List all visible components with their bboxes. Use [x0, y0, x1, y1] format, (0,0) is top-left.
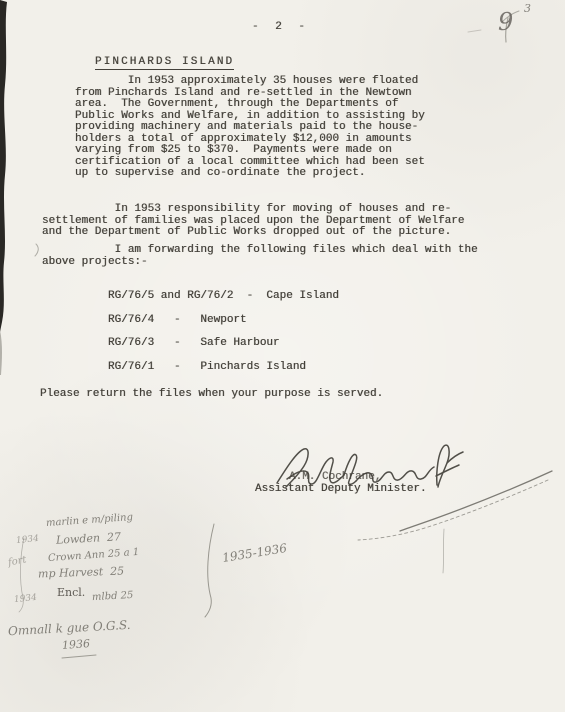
text-line: above projects:- [42, 257, 478, 269]
document-heading: PINCHARDS ISLAND [95, 56, 234, 70]
annotation-scribble-3: Crown Ann 25 a 1 [48, 547, 140, 564]
text-line: RG/76/3 - Safe Harbour [108, 338, 339, 350]
file-reference-list: RG/76/5 and RG/76/2 - Cape IslandRG/76/4… [108, 291, 339, 385]
paragraph-2: In 1953 responsibility for moving of hou… [42, 204, 464, 239]
text-line: In 1953 approximately 35 houses were flo… [75, 76, 425, 88]
text-line: up to supervise and co-ordinate the proj… [75, 168, 425, 180]
text-line: RG/76/4 - Newport [108, 315, 339, 327]
text-line: In 1953 responsibility for moving of hou… [42, 204, 464, 216]
annotation-year-1: 1934 [16, 534, 40, 546]
annotation-bottom-year: 1936 [62, 637, 91, 652]
annotation-scribble-2: Lowden 27 [56, 530, 122, 546]
text-line: RG/76/1 - Pinchards Island [108, 362, 339, 374]
closing-line: Please return the files when your purpos… [40, 389, 383, 401]
corner-pencil-mark: 9 [498, 8, 513, 36]
annotation-scribble-5: mlbd 25 [92, 590, 134, 603]
text-line: I am forwarding the following files whic… [42, 245, 478, 257]
corner-pencil-mark-superscript: 3 [524, 2, 531, 15]
scan-edge-artifact [0, 0, 7, 332]
scanned-document-page: - 2 - 9 3 PINCHARDS ISLAND In 1953 appro… [0, 0, 565, 712]
text-line: area. The Government, through the Depart… [75, 99, 425, 111]
heading-wrap: PINCHARDS ISLAND [95, 57, 234, 69]
text-line: providing machinery and materials paid t… [75, 122, 425, 134]
text-line: RG/76/5 and RG/76/2 - Cape Island [108, 291, 339, 303]
annotation-scribble-3-prefix: fort [7, 554, 27, 568]
page-number: - 2 - [252, 22, 310, 34]
annotation-year-2: 1934 [14, 593, 38, 605]
signature-typed-name: A.M. Cochrane, [289, 472, 381, 484]
text-line: varying from $25 to $370. Payments were … [75, 145, 425, 157]
annotation-scribble-4: mp Harvest 25 [38, 565, 125, 581]
scan-edge-fade [0, 330, 2, 375]
annotation-scribble-1: marlin e m/piling [46, 512, 134, 529]
signature-title: Assistant Deputy Minister. [255, 484, 427, 496]
paragraph-3: I am forwarding the following files whic… [42, 245, 478, 268]
annotation-bottom-scribble: Omnall k gue O.G.S. [8, 618, 131, 638]
text-line: and the Department of Public Works dropp… [42, 227, 464, 239]
annotation-year-range: 1935-1936 [221, 541, 288, 565]
annotation-encl-label: Encl. [57, 586, 85, 599]
paragraph-1: In 1953 approximately 35 houses were flo… [75, 76, 425, 180]
